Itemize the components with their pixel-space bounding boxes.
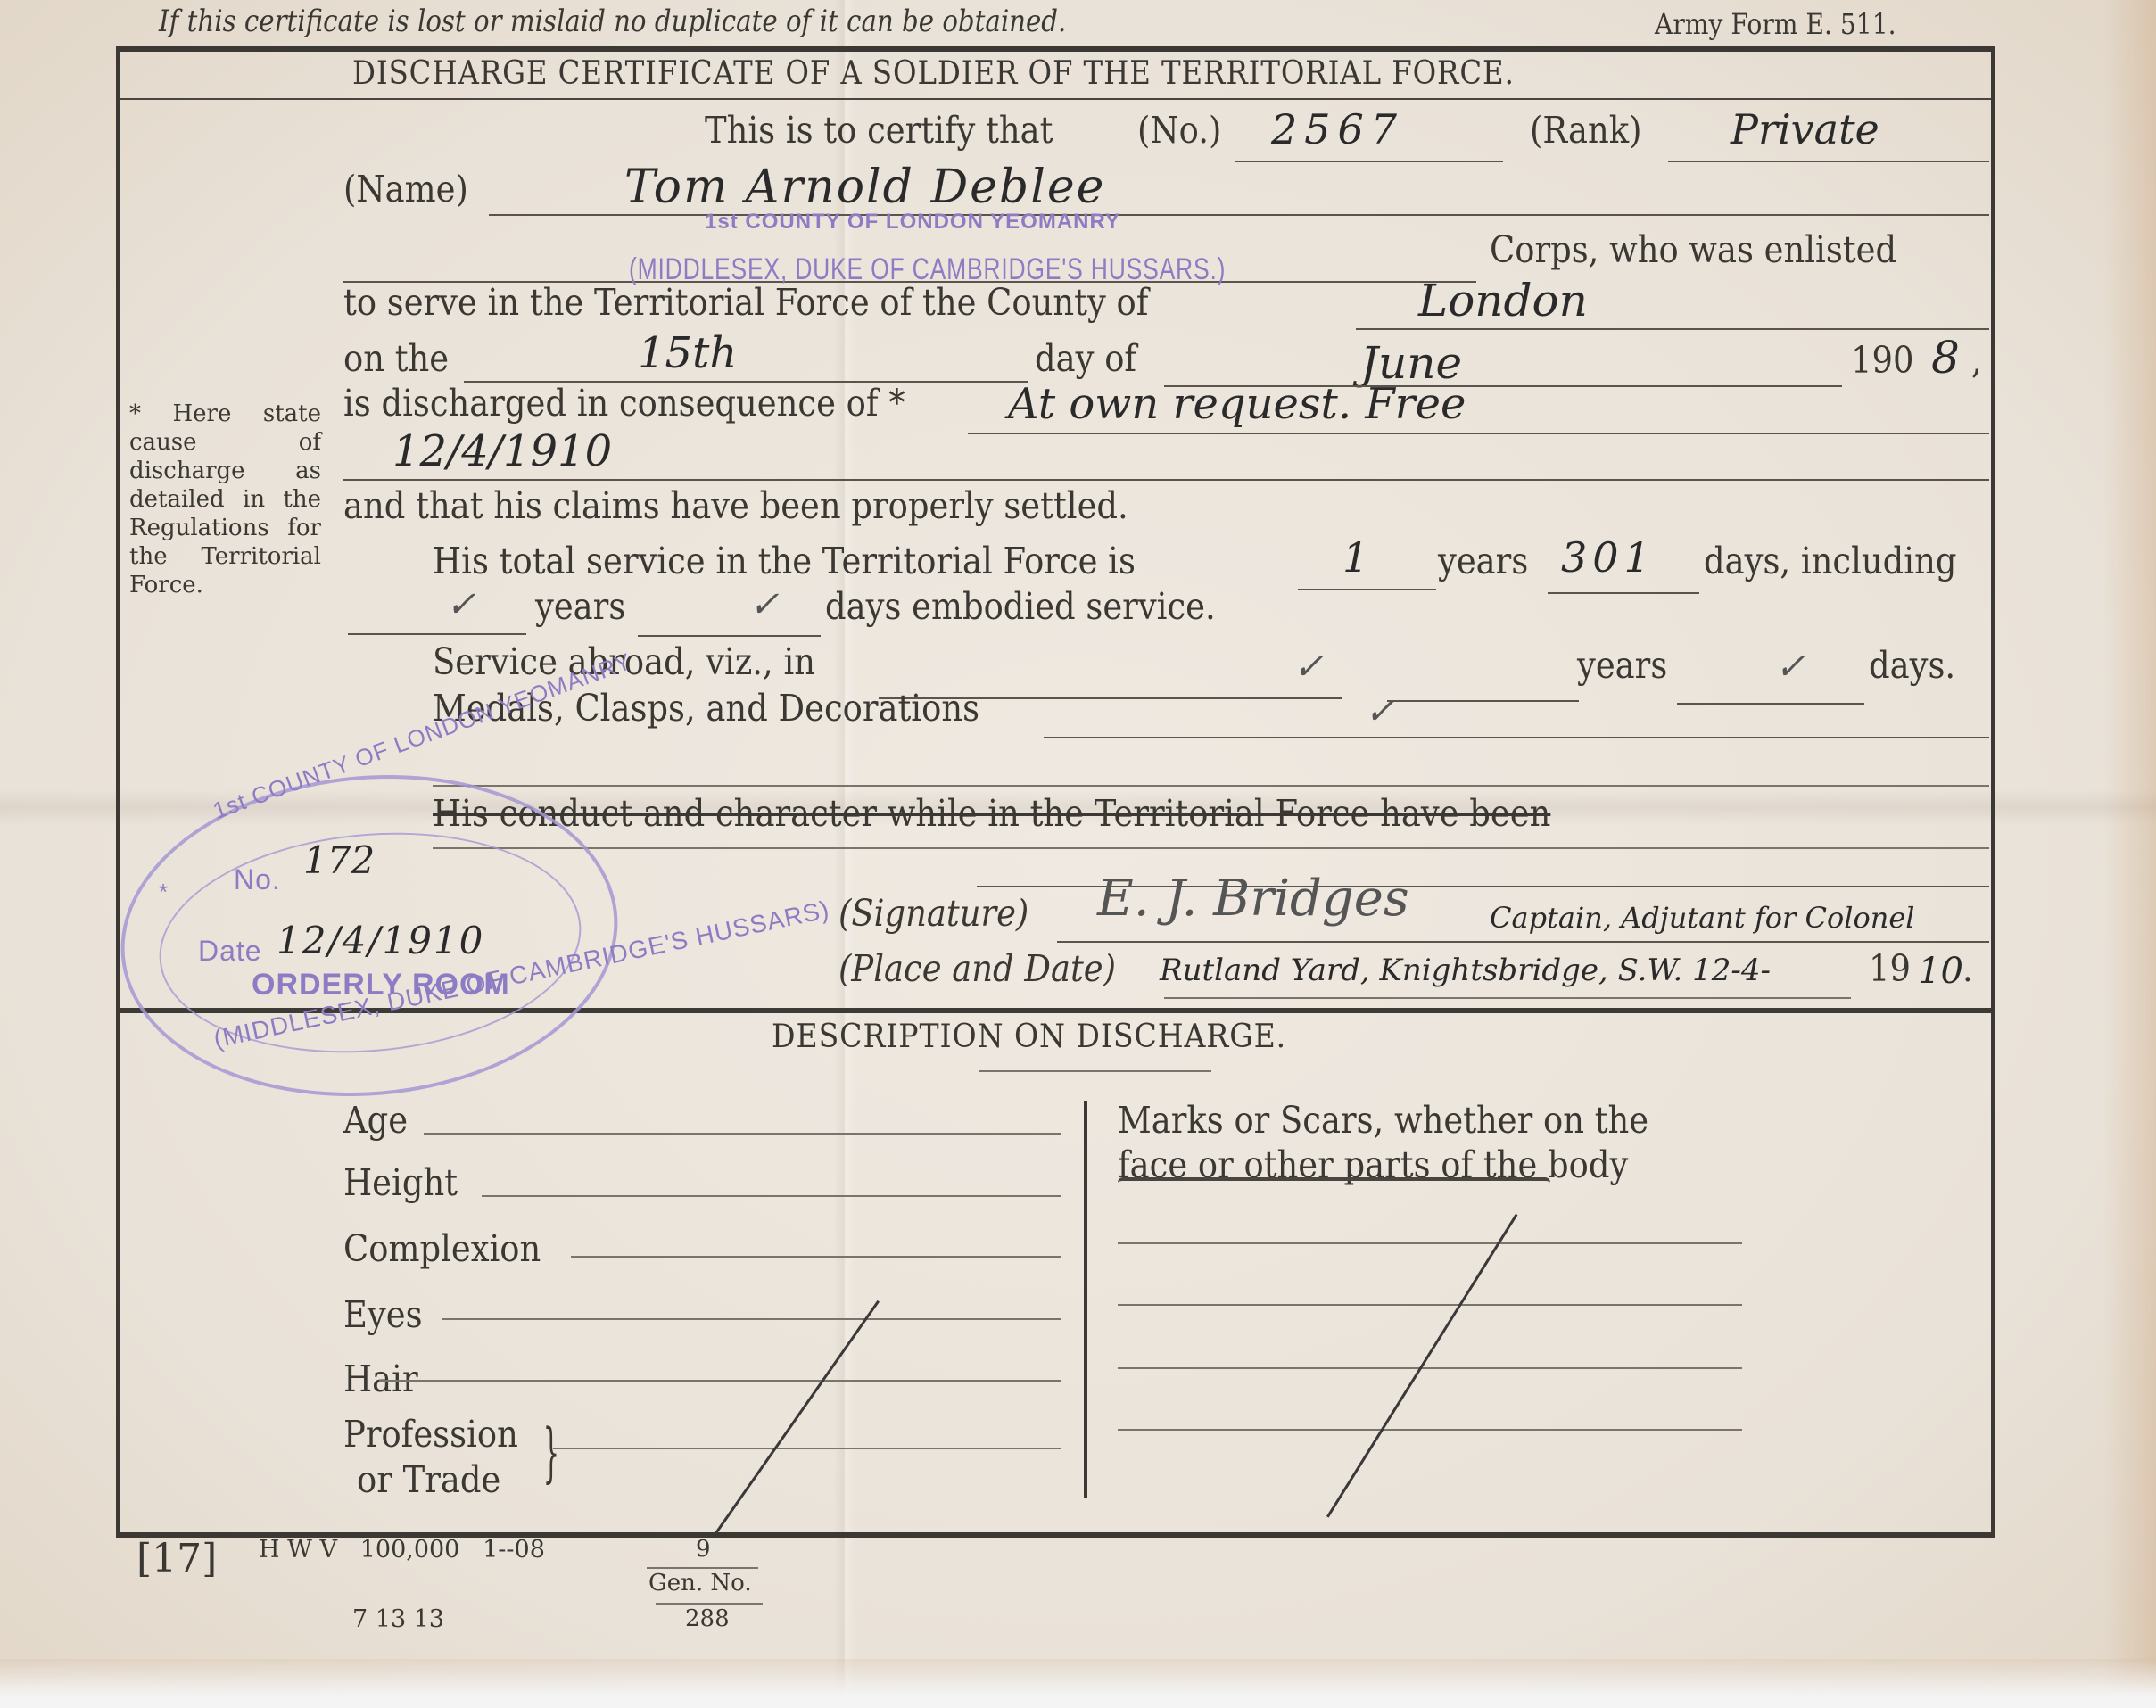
abroad-days-value[interactable]: ✓ <box>1775 647 1805 688</box>
place-date-line <box>1164 997 1851 999</box>
day-of-label: day of <box>1035 337 1136 380</box>
profession-label: Profession <box>343 1413 518 1456</box>
discharge-cause-value-line-2[interactable]: 12/4/1910 <box>392 426 612 476</box>
corps-enlisted-text: Corps, who was enlisted <box>1490 228 1896 271</box>
gen-rule-top <box>647 1567 758 1569</box>
army-form-number: Army Form E. 511. <box>1655 7 1896 41</box>
description-heading-underline <box>979 1070 1211 1072</box>
marks-line-4[interactable] <box>1118 1429 1742 1431</box>
trade-label: or Trade <box>357 1458 500 1501</box>
complexion-field-line[interactable] <box>571 1256 1061 1258</box>
discharge-cause-value-line-1[interactable]: At own request. Free <box>1008 379 1466 429</box>
rank-label: (Rank) <box>1530 109 1642 152</box>
description-column-divider <box>1084 1101 1087 1498</box>
claims-settled-text: and that his claims have been properly s… <box>343 484 1128 527</box>
embodied-days-value[interactable]: ✓ <box>749 584 780 625</box>
abroad-days-label: days. <box>1869 644 1955 687</box>
total-days-line <box>1548 592 1699 594</box>
marks-line-2[interactable] <box>1118 1304 1742 1306</box>
number-label: (No.) <box>1137 109 1221 152</box>
description-heading: DESCRIPTION ON DISCHARGE. <box>772 1019 1286 1055</box>
certify-text: This is to certify that <box>705 109 1053 152</box>
enlist-year-digit[interactable]: 8 <box>1931 332 1960 384</box>
county-field-line <box>1356 328 1989 330</box>
discharged-text: is discharged in consequence of * <box>343 382 905 425</box>
medals-value[interactable]: ✓ <box>1365 691 1395 732</box>
embodied-years-value[interactable]: ✓ <box>446 584 476 625</box>
abroad-place-value[interactable]: ✓ <box>1293 647 1324 688</box>
conduct-character-struck-text: His conduct and character while in the T… <box>433 792 1550 835</box>
age-field-line[interactable] <box>424 1133 1061 1135</box>
number-field-line <box>1235 161 1503 162</box>
corps-stamp-line-1: 1st COUNTY OF LONDON YEOMANRY <box>705 210 1120 235</box>
abroad-days-line <box>1677 703 1864 705</box>
eyes-field-line[interactable] <box>442 1318 1061 1320</box>
printer-imprint: H W V 100,000 1--08 <box>259 1536 545 1564</box>
abroad-years-line <box>1387 700 1579 702</box>
profession-brace: } <box>543 1425 559 1479</box>
stamp-star-icon: * <box>159 879 169 906</box>
conduct-line <box>433 847 1989 849</box>
height-field-line[interactable] <box>482 1195 1061 1197</box>
gen-bottom-number: 288 <box>685 1605 730 1632</box>
stamp-date-value: 12/4/1910 <box>277 919 484 962</box>
signatory-title: Captain, Adjutant for Colonel <box>1490 901 1914 935</box>
title-divider <box>120 98 1991 100</box>
place-date-year-print: 19 <box>1869 947 1911 990</box>
embodied-years-line <box>348 633 526 635</box>
name-label: (Name) <box>343 168 468 210</box>
cause-field-line-1 <box>968 433 1989 434</box>
embodied-years-label: years <box>535 585 625 628</box>
discharge-cause-footnote: * Here state cause of discharge as detai… <box>129 400 321 599</box>
marks-brace <box>1118 1177 1550 1195</box>
total-years-value[interactable]: 1 <box>1342 533 1368 582</box>
marks-line-1[interactable] <box>1118 1242 1742 1244</box>
total-days-value[interactable]: 301 <box>1561 533 1656 582</box>
printer-code: 7 13 13 <box>352 1605 444 1633</box>
serve-text: to serve in the Territorial Force of the… <box>343 281 1148 324</box>
eyes-label: Eyes <box>343 1293 423 1336</box>
total-years-line <box>1298 589 1436 590</box>
signature-label: (Signature) <box>838 892 1028 935</box>
place-date-label: (Place and Date) <box>838 947 1116 990</box>
enlist-day-value[interactable]: 15th <box>638 328 737 378</box>
height-label: Height <box>343 1161 458 1204</box>
years-label: years <box>1438 540 1528 582</box>
stamp-no-value: 172 <box>303 838 375 882</box>
document-title: DISCHARGE CERTIFICATE OF A SOLDIER OF TH… <box>352 55 1515 92</box>
blank-line <box>433 785 1989 787</box>
abroad-years-label: years <box>1577 644 1667 687</box>
marks-line-3[interactable] <box>1118 1367 1742 1369</box>
place-date-value[interactable]: Rutland Yard, Knightsbridge, S.W. 12-4- <box>1160 953 1771 988</box>
cause-field-line-2 <box>343 479 1989 481</box>
gen-rule-bottom <box>656 1603 763 1605</box>
stamp-no-label: No. <box>234 863 281 896</box>
year-comma: , <box>1971 339 1982 382</box>
marks-label-line-1: Marks or Scars, whether on the <box>1118 1099 1648 1142</box>
embodied-days-line <box>638 635 821 637</box>
soldier-name-value[interactable]: Tom Arnold Deblee <box>624 161 1105 214</box>
form-bracket-number: [17] <box>136 1536 217 1581</box>
hair-field-line[interactable] <box>379 1380 1061 1382</box>
profession-field-line[interactable] <box>553 1448 1061 1449</box>
stamp-date-label: Date <box>198 935 262 968</box>
place-date-period: . <box>1962 947 1973 990</box>
hair-label: Hair <box>343 1357 418 1400</box>
signature-value[interactable]: E. J. Bridges <box>1097 870 1409 928</box>
lost-certificate-warning: If this certificate is lost or mislaid n… <box>159 4 1066 39</box>
rank-value[interactable]: Private <box>1731 105 1879 153</box>
embodied-service-label: days embodied service. <box>825 585 1216 628</box>
rank-field-line <box>1668 161 1989 162</box>
complexion-label: Complexion <box>343 1227 541 1270</box>
signature-field-line <box>1057 941 1989 943</box>
total-service-text: His total service in the Territorial For… <box>433 540 1136 582</box>
days-including-label: days, including <box>1704 540 1956 582</box>
paper-edge-stain <box>2102 0 2156 1708</box>
torn-bottom-edge <box>0 1659 2156 1708</box>
on-the-label: on the <box>343 337 449 380</box>
soldier-number-value[interactable]: 2567 <box>1271 105 1404 153</box>
age-label: Age <box>343 1099 408 1142</box>
gen-number-label: Gen. No. <box>648 1570 752 1597</box>
gen-top-number: 9 <box>696 1536 711 1563</box>
place-date-year-hand: 10 <box>1918 951 1963 992</box>
year-prefix: 190 <box>1851 339 1913 382</box>
medals-field-line <box>1044 737 1989 738</box>
county-value[interactable]: London <box>1418 275 1588 326</box>
